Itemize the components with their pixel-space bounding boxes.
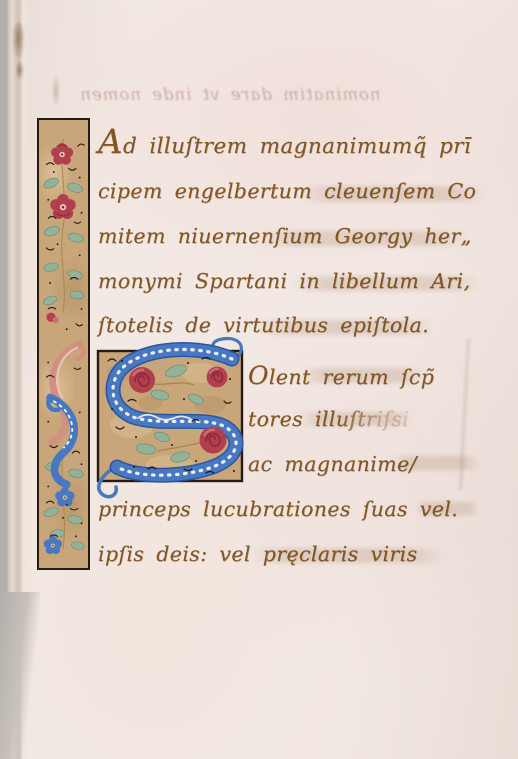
text-line-9: princeps lucubrationes ſuas vel.	[98, 497, 458, 531]
illuminated-initial-s: S	[88, 333, 250, 501]
text-line-7: tores illuſtriſsi	[248, 407, 409, 441]
manuscript-page: nominatim dare vt inde nomen	[0, 0, 518, 759]
book-gutter-edge-bottom	[0, 592, 40, 759]
pink-acanthus-scroll-icon	[52, 344, 84, 442]
parchment-stain	[12, 22, 25, 62]
illuminated-border-bar	[37, 118, 90, 570]
initial-artwork	[88, 333, 250, 501]
blue-flower-icon	[44, 536, 62, 554]
text-line-1: Ad illuſtrem magnanimumq̃ prī	[98, 132, 471, 166]
text-line-5: ſtotelis de virtutibus epiſtola.	[98, 313, 429, 347]
text-line-6: Olent rerum ſcp̃	[248, 361, 434, 395]
parchment-stain	[15, 60, 24, 80]
showthrough-mirrored-text: nominatim dare vt inde nomen	[73, 85, 387, 107]
parchment-stain	[52, 74, 60, 108]
red-rose-icon	[129, 367, 155, 393]
border-bar-artwork	[39, 120, 88, 568]
text-line-10: ipſis deis: vel pręclaris viris	[98, 542, 418, 576]
text-line-4: monymi Spartani in libellum Ari‚	[98, 269, 470, 303]
red-rose-icon	[200, 427, 227, 454]
text-line-3: mitem niuernenſium Georgy her„	[98, 224, 472, 258]
red-bud-icon	[46, 313, 58, 324]
red-flower-icon	[50, 194, 76, 219]
red-flower-icon	[51, 143, 73, 165]
text-line-8: ac magnanime/	[248, 452, 417, 486]
vine-stem	[62, 139, 65, 313]
red-rose-icon	[207, 367, 228, 388]
blue-flower-icon	[55, 487, 74, 506]
text-line-2: cipem engelbertum cleuenſem Co	[98, 179, 476, 213]
